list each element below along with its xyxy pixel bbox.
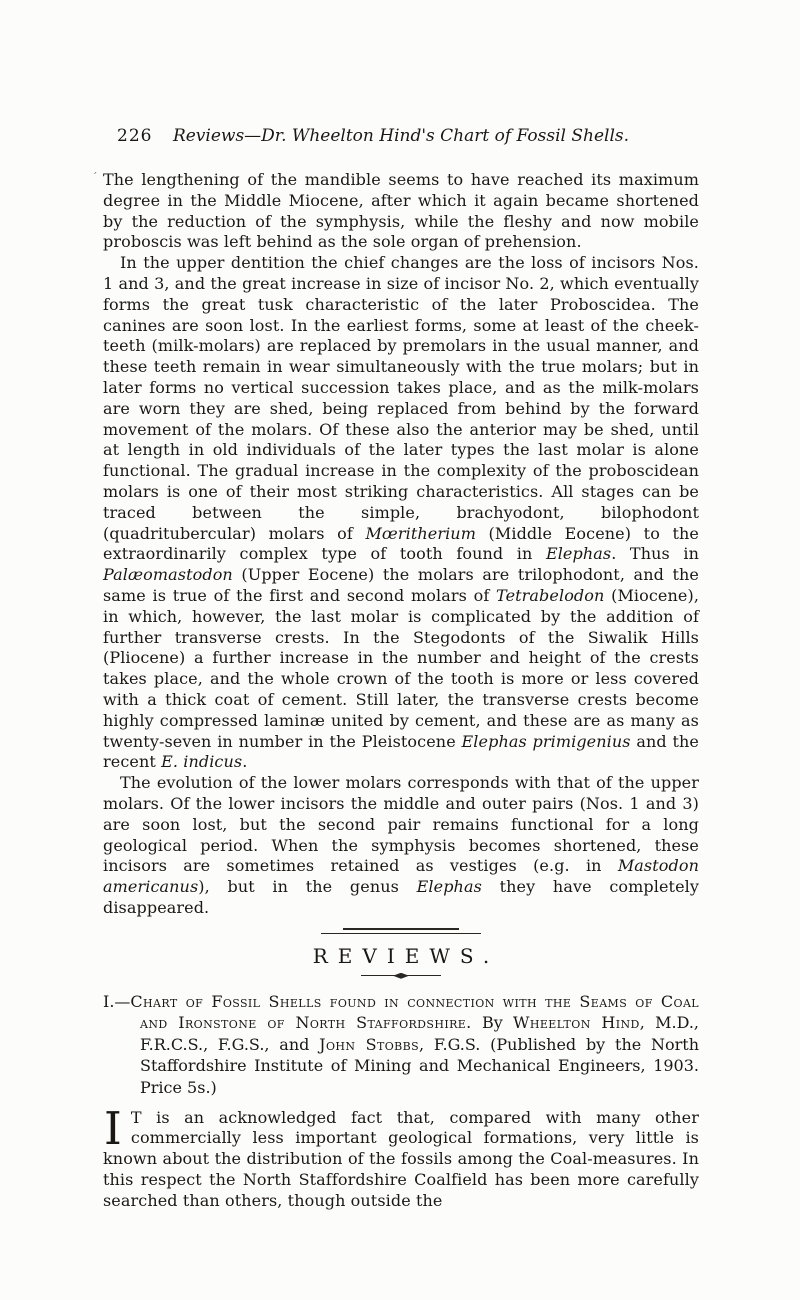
paragraph-upper-dentition: In the upper dentition the chief changes… — [103, 253, 699, 773]
divider-rule-top — [343, 928, 459, 930]
section-heading-reviews: REVIEWS. — [103, 944, 699, 968]
diamond-icon — [393, 973, 409, 979]
review-opening-paragraph: IT is an acknowledged fact that, compare… — [103, 1108, 699, 1212]
page-number: 226 — [117, 126, 152, 146]
book-page: 226 Reviews—Dr. Wheelton Hind's Chart of… — [0, 0, 800, 1300]
running-title: Reviews—Dr. Wheelton Hind's Chart of Fos… — [173, 126, 629, 146]
paragraph-lower-molars: The evolution of the lower molars corres… — [103, 773, 699, 919]
ornament-line-left — [361, 975, 397, 976]
ornament-line-right — [405, 975, 441, 976]
review-citation: I.—Chart of Fossil Shells found in conne… — [103, 991, 699, 1099]
paragraph-text: T is an acknowledged fact that, compared… — [103, 1108, 699, 1210]
divider-rule-bottom — [321, 933, 481, 934]
section-divider-rule — [321, 928, 481, 934]
margin-mark: ´ — [92, 168, 98, 189]
diamond-ornament — [103, 973, 699, 979]
text-block: 226 Reviews—Dr. Wheelton Hind's Chart of… — [103, 126, 699, 1212]
paragraph-text: The lengthening of the mandible seems to… — [103, 170, 699, 251]
page-header: 226 Reviews—Dr. Wheelton Hind's Chart of… — [103, 126, 699, 150]
drop-cap: I — [103, 1108, 131, 1148]
paragraph-mandible: ´The lengthening of the mandible seems t… — [103, 170, 699, 253]
